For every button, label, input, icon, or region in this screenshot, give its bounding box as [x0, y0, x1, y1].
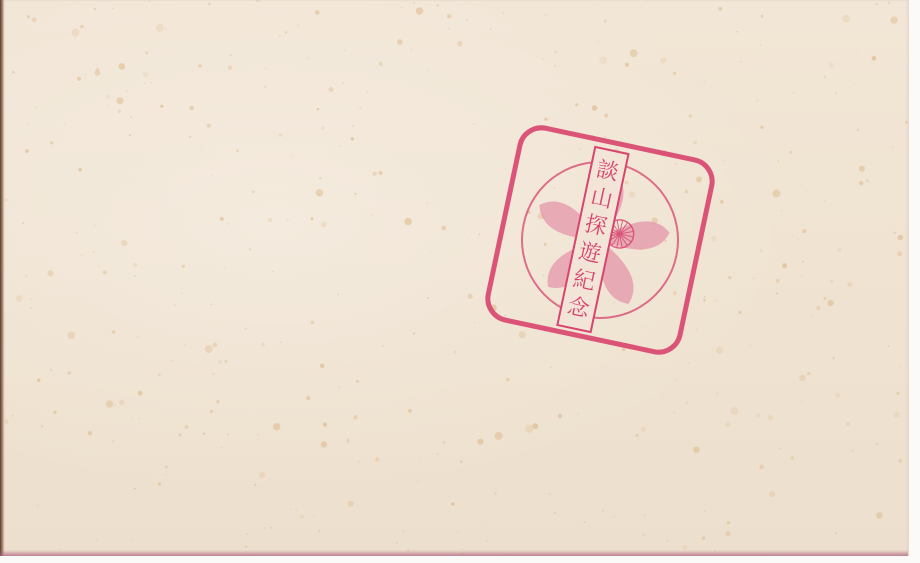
stamp-graphic: 談山探遊紀念 [488, 128, 712, 352]
commemorative-stamp: 談山探遊紀念 [488, 128, 712, 352]
paper-bottom-stain [0, 550, 908, 556]
paper-left-edge [0, 0, 4, 556]
foxing-spots [0, 0, 908, 556]
paper-card: 談山探遊紀念 [0, 0, 909, 556]
